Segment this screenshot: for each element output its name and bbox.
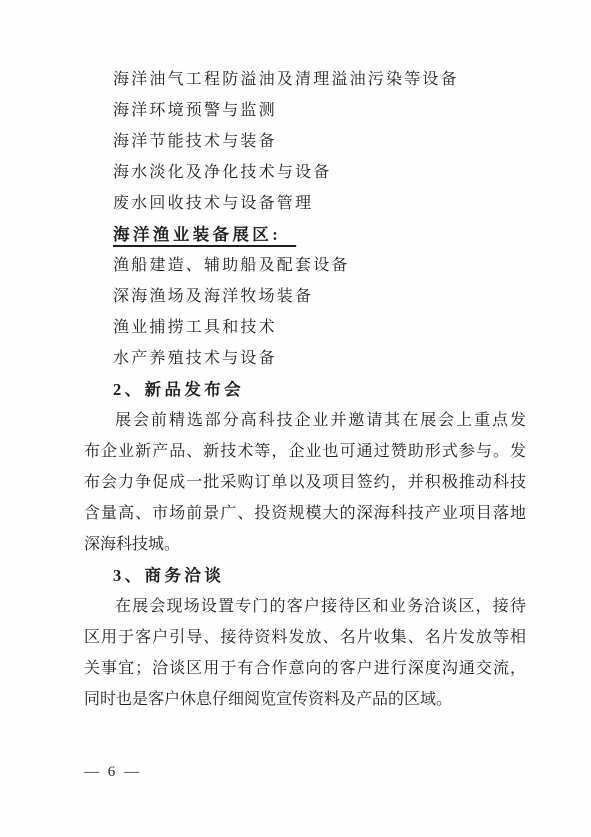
list-item: 海水淡化及净化技术与设备: [113, 157, 526, 188]
list-item: 海洋油气工程防溢油及清理溢油污染等设备: [113, 64, 526, 95]
list-item: 海洋环境预警与监测: [113, 95, 526, 126]
paragraph-line: 布会力争促成一批采购订单以及项目签约，并积极推动科技: [84, 467, 526, 498]
list-item: 海洋节能技术与装备: [113, 126, 526, 157]
list-item: 水产养殖技术与设备: [113, 343, 526, 374]
document-page: 海洋油气工程防溢油及清理溢油污染等设备 海洋环境预警与监测 海洋节能技术与装备 …: [0, 0, 591, 837]
fishery-zone-heading-text: 海洋渔业装备展区:: [113, 225, 296, 244]
paragraph-line: 区用于客户引导、接待资料发放、名片收集、名片发放等相: [84, 622, 526, 653]
list-item: 废水回收技术与设备管理: [113, 188, 526, 219]
paragraph-line: 在展会现场设置专门的客户接待区和业务洽谈区，接待: [84, 591, 526, 622]
document-body: 海洋油气工程防溢油及清理溢油污染等设备 海洋环境预警与监测 海洋节能技术与装备 …: [84, 64, 526, 715]
page-number: — 6 —: [84, 760, 142, 784]
paragraph-line: 同时也是客户休息仔细阅览宣传资料及产品的区域。: [84, 684, 526, 715]
paragraph-line: 展会前精选部分高科技企业并邀请其在展会上重点发: [84, 405, 526, 436]
paragraph-line: 深海科技城。: [84, 529, 526, 560]
paragraph-line: 含量高、市场前景广、投资规模大的深海科技产业项目落地: [84, 498, 526, 529]
paragraph-line: 关事宜；洽谈区用于有合作意向的客户进行深度沟通交流，: [84, 653, 526, 684]
fishery-zone-heading: 海洋渔业装备展区:: [113, 219, 526, 250]
list-item: 深海渔场及海洋牧场装备: [113, 281, 526, 312]
list-item: 渔业捕捞工具和技术: [113, 312, 526, 343]
paragraph-line: 布企业新产品、新技术等，企业也可通过赞助形式参与。发: [84, 436, 526, 467]
section-heading-business-negotiation: 3、商务洽谈: [113, 560, 526, 591]
section-heading-new-product-launch: 2、新品发布会: [113, 374, 526, 405]
list-item: 渔船建造、辅助船及配套设备: [113, 250, 526, 281]
